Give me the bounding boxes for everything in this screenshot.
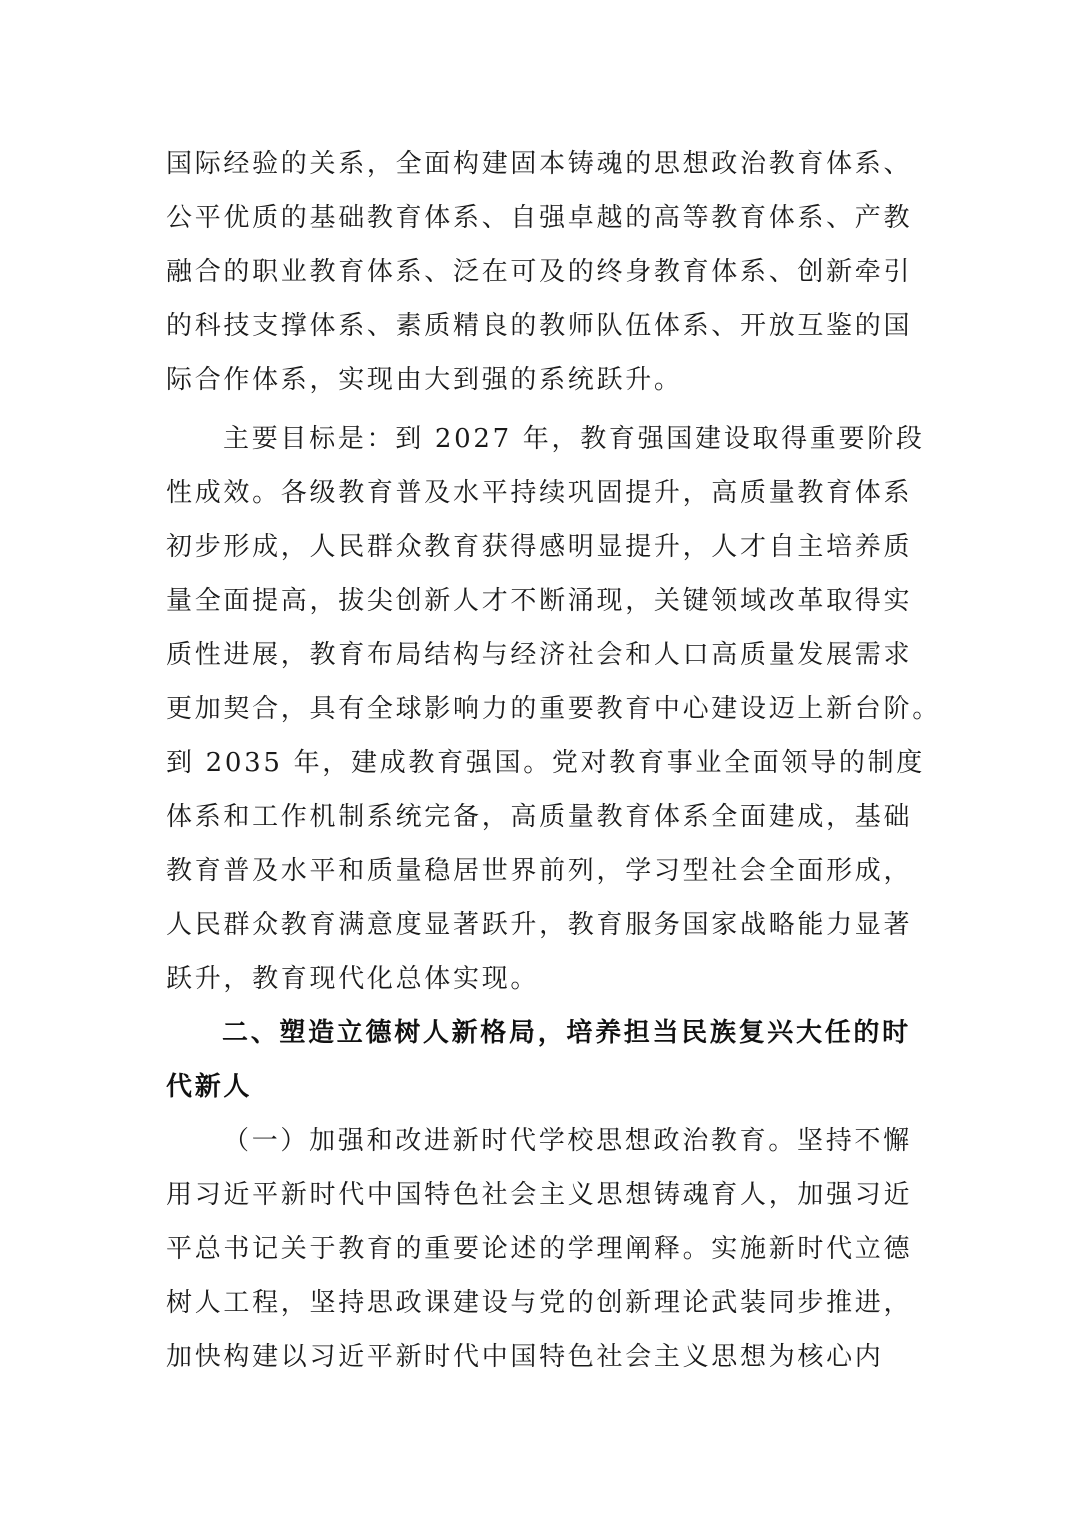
- text-line: 性成效。各级教育普及水平持续巩固提升，高质量教育体系: [166, 466, 926, 520]
- heading-line: 代新人: [166, 1060, 926, 1114]
- document-page: 国际经验的关系，全面构建固本铸魂的思想政治教育体系、 公平优质的基础教育体系、自…: [0, 0, 1080, 1527]
- text-line: 更加契合，具有全球影响力的重要教育中心建设迈上新台阶。: [166, 682, 926, 736]
- document-body: 国际经验的关系，全面构建固本铸魂的思想政治教育体系、 公平优质的基础教育体系、自…: [166, 137, 926, 1384]
- text-line: 融合的职业教育体系、泛在可及的终身教育体系、创新牵引: [166, 245, 926, 299]
- text-line: 平总书记关于教育的重要论述的学理阐释。实施新时代立德: [166, 1222, 926, 1276]
- text-line: 跃升，教育现代化总体实现。: [166, 952, 926, 1006]
- section-heading: 二、塑造立德树人新格局，培养担当民族复兴大任的时 代新人: [166, 1006, 926, 1114]
- text-line: 到 2035 年，建成教育强国。党对教育事业全面领导的制度: [166, 736, 926, 790]
- text-line: 主要目标是：到 2027 年，教育强国建设取得重要阶段: [166, 412, 926, 466]
- text-line: 用习近平新时代中国特色社会主义思想铸魂育人，加强习近: [166, 1168, 926, 1222]
- text-line: 公平优质的基础教育体系、自强卓越的高等教育体系、产教: [166, 191, 926, 245]
- text-line: 际合作体系，实现由大到强的系统跃升。: [166, 353, 926, 407]
- text-line: （一）加强和改进新时代学校思想政治教育。坚持不懈: [166, 1114, 926, 1168]
- text-line: 人民群众教育满意度显著跃升，教育服务国家战略能力显著: [166, 898, 926, 952]
- paragraph-main-goals: 主要目标是：到 2027 年，教育强国建设取得重要阶段 性成效。各级教育普及水平…: [166, 412, 926, 1006]
- text-line: 体系和工作机制系统完备，高质量教育体系全面建成，基础: [166, 790, 926, 844]
- text-line: 教育普及水平和质量稳居世界前列，学习型社会全面形成，: [166, 844, 926, 898]
- text-line: 质性进展，教育布局结构与经济社会和人口高质量发展需求: [166, 628, 926, 682]
- text-line: 加快构建以习近平新时代中国特色社会主义思想为核心内: [166, 1330, 926, 1384]
- paragraph-system-building: 国际经验的关系，全面构建固本铸魂的思想政治教育体系、 公平优质的基础教育体系、自…: [166, 137, 926, 407]
- text-line: 的科技支撑体系、素质精良的教师队伍体系、开放互鉴的国: [166, 299, 926, 353]
- heading-line: 二、塑造立德树人新格局，培养担当民族复兴大任的时: [166, 1006, 926, 1060]
- text-line: 量全面提高，拔尖创新人才不断涌现，关键领域改革取得实: [166, 574, 926, 628]
- paragraph-subsection-1: （一）加强和改进新时代学校思想政治教育。坚持不懈 用习近平新时代中国特色社会主义…: [166, 1114, 926, 1384]
- text-line: 初步形成，人民群众教育获得感明显提升，人才自主培养质: [166, 520, 926, 574]
- text-line: 树人工程，坚持思政课建设与党的创新理论武装同步推进，: [166, 1276, 926, 1330]
- text-line: 国际经验的关系，全面构建固本铸魂的思想政治教育体系、: [166, 137, 926, 191]
